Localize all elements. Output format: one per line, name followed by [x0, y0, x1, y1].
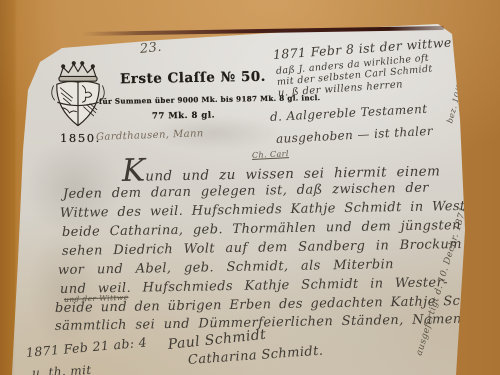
body-line: sehen Diedrich Wolt auf dem Sandberg in …: [62, 237, 462, 259]
document-photo: 23. Erste Claſſe № 50. für Summen über 9…: [0, 0, 500, 375]
coat-of-arms-icon: [46, 60, 110, 132]
footer-date: 1871 Feb 21 ab: 4: [25, 334, 147, 360]
printed-year: 1850.: [60, 131, 101, 145]
printed-class-line: Erste Claſſe № 50.: [120, 69, 266, 88]
paper-sheet: 23. Erste Claſſe № 50. für Summen über 9…: [0, 0, 500, 375]
body-line: Jeden dem daran gelegen ist, daß zwische…: [63, 181, 429, 202]
margin-note-vertical: bez. 10/12 71: [445, 45, 474, 125]
printed-fee-line: 77 Mk. 8 gl.: [152, 110, 215, 121]
margin-note-line: d. Aalgereble Testament: [270, 102, 428, 124]
footer-cut-line: u. th. mit: [32, 363, 92, 375]
body-line: Wittwe des weil. Hufschmieds Kathje Schm…: [60, 199, 485, 221]
body-line: wor und Abel, geb. Schmidt, als Miterbin: [58, 257, 394, 278]
body-line: beide Catharina, geb. Thormählen und dem…: [62, 218, 461, 240]
registration-place: Gardthausen, Mann: [96, 128, 204, 143]
margin-note-line: ausgehoben — ist thaler: [276, 124, 434, 146]
handwritten-doc-number: 23.: [139, 40, 162, 57]
